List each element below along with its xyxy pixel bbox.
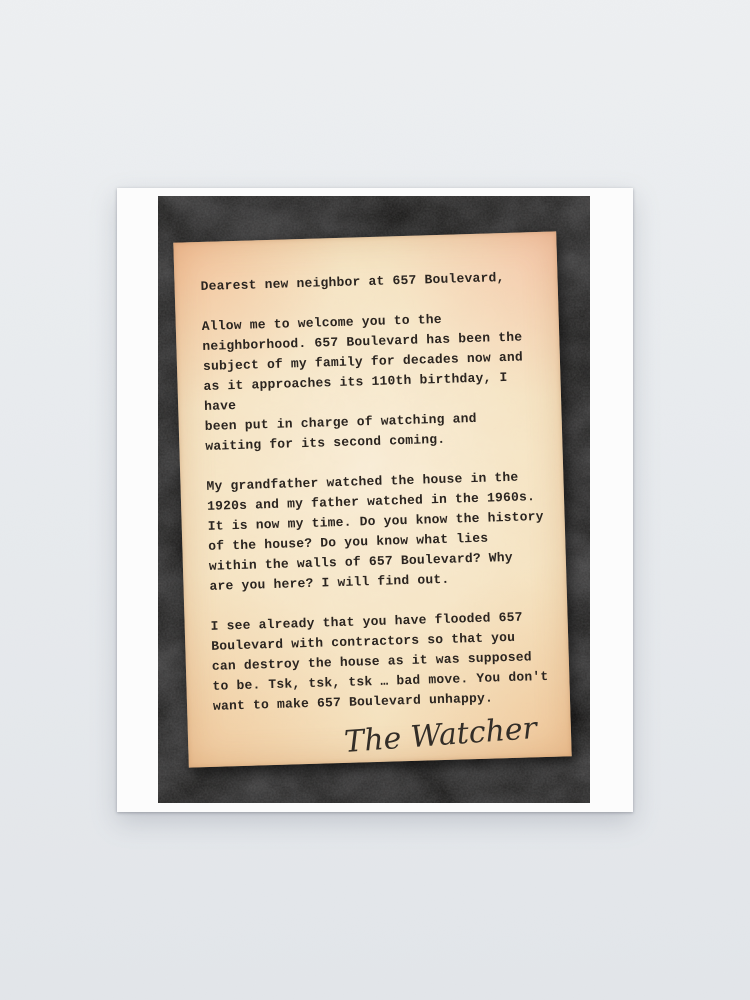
poster-artwork: Dearest new neighbor at 657 Boulevard, A… [158, 196, 590, 803]
poster: Dearest new neighbor at 657 Boulevard, A… [117, 188, 633, 812]
letter-paragraph-2: My grandfather watched the house in the … [206, 467, 546, 597]
the-watcher-signature: The Watcher [214, 718, 552, 763]
product-photo-scene: Dearest new neighbor at 657 Boulevard, A… [0, 0, 750, 1000]
letter-paragraph-3: I see already that you have flooded 657 … [210, 607, 550, 717]
letter-paragraph-1: Allow me to welcome you to the neighborh… [202, 307, 543, 457]
aged-letter-paper: Dearest new neighbor at 657 Boulevard, A… [173, 231, 571, 767]
letter-text: Dearest new neighbor at 657 Boulevard, A… [173, 231, 571, 767]
letter-salutation: Dearest new neighbor at 657 Boulevard, [200, 267, 537, 297]
